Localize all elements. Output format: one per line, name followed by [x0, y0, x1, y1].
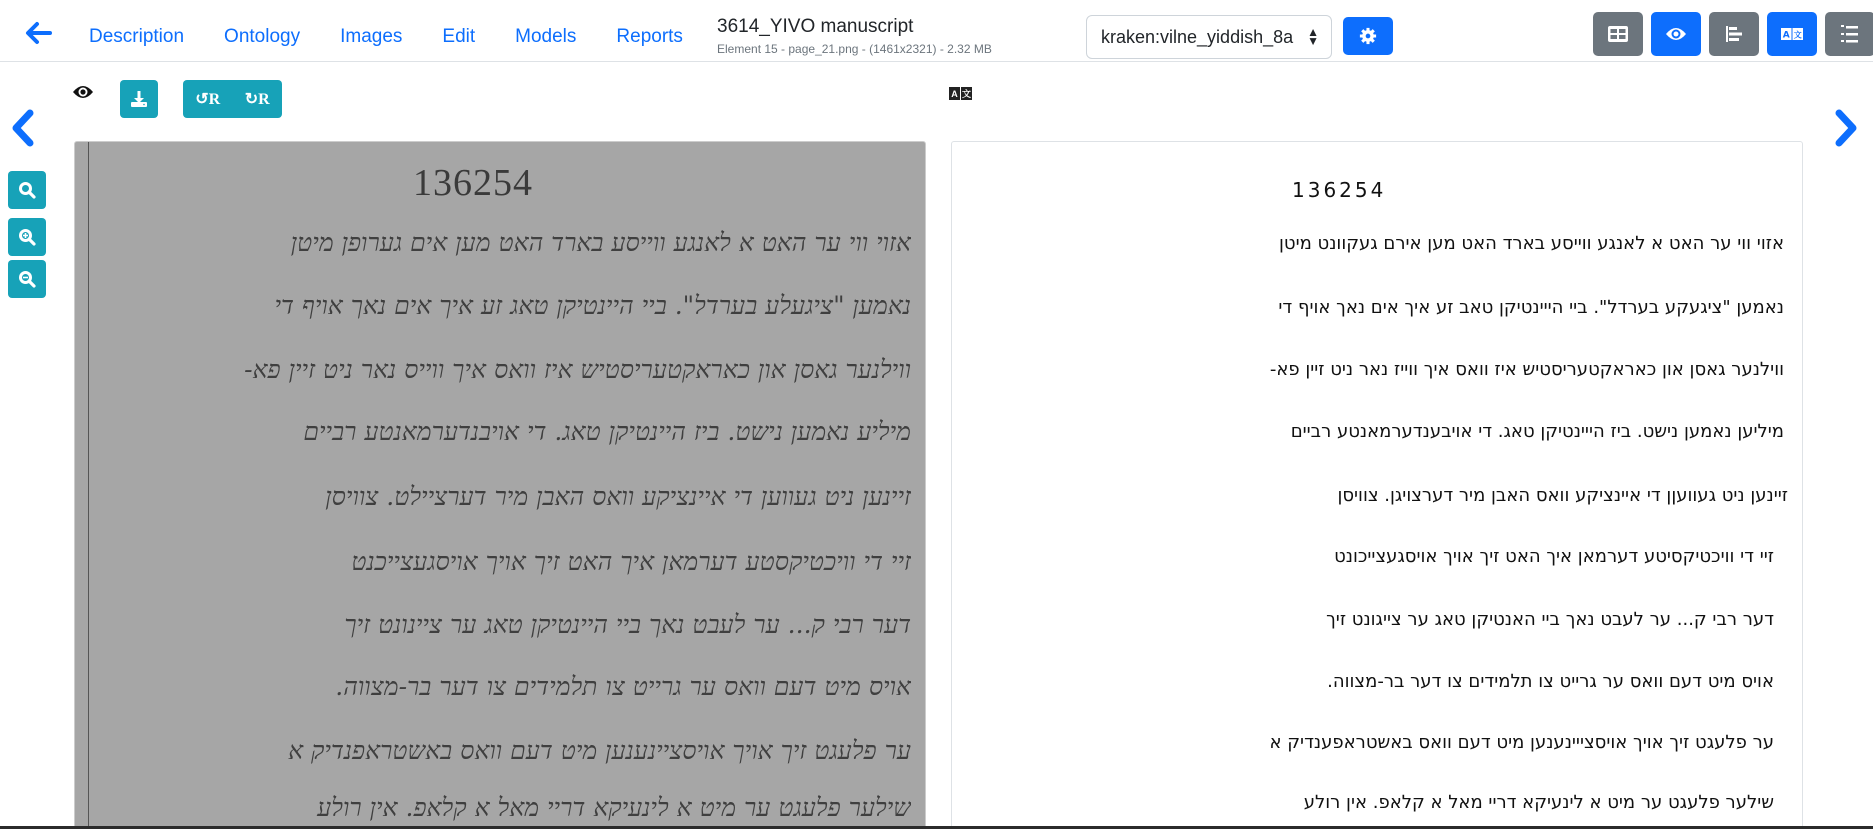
handwritten-line: אזוי ווי ער האט א לאנגע ווייסע בארד האט …: [95, 228, 911, 268]
zoom-out-icon: [18, 270, 36, 288]
document-title: 3614_YIVO manuscript: [717, 16, 913, 38]
arrow-left-icon[interactable]: [24, 20, 52, 46]
model-select[interactable]: kraken:vilne_yiddish_8a ▲▼: [1086, 15, 1332, 59]
list-ol-icon: [1841, 24, 1859, 44]
transcription-line[interactable]: ווילנער גאסן און כאראקטעריסטיש איז וואס …: [1270, 359, 1784, 380]
nav-images[interactable]: Images: [340, 26, 402, 48]
translate-icon: A: [949, 87, 960, 100]
settings-button[interactable]: [1343, 17, 1393, 55]
gear-icon: [1359, 27, 1377, 45]
eye-icon: [1665, 26, 1687, 42]
grid-icon: [1608, 26, 1628, 42]
rotate-left-button[interactable]: ↺R: [183, 80, 233, 118]
handwritten-line: נאמען "ציגעלע בערדל". ביי היינטיקן טאג ז…: [95, 291, 911, 331]
handwritten-line: זיינען ניט געווען די איינציקע וואס האבן …: [95, 482, 911, 522]
transcription-line[interactable]: אויס מיט דעם וואס ער גרייט צו תלמידים צו…: [1327, 671, 1774, 692]
nav-reports[interactable]: Reports: [616, 26, 683, 48]
eye-icon: [72, 84, 94, 100]
align-left-icon: [1725, 25, 1743, 43]
model-select-value: kraken:vilne_yiddish_8a: [1101, 27, 1293, 47]
nav-ontology[interactable]: Ontology: [224, 26, 300, 48]
handwritten-line: אויס מיט דעם וואס ער גרייט צו תלמידים צו…: [95, 672, 911, 712]
zoom-out-button[interactable]: [8, 260, 46, 298]
translation-view-button[interactable]: A 文: [1767, 12, 1817, 56]
handwritten-line: ער פלעגט זיך אויך אויסציינענען מיט דעם ו…: [95, 736, 911, 776]
transcription-panel: 136254 אזוי ווי ער האט א לאנגע ווייסע בא…: [951, 141, 1803, 829]
nav-edit[interactable]: Edit: [442, 26, 475, 48]
nav-models[interactable]: Models: [515, 26, 576, 48]
next-page-chevron-icon[interactable]: [1833, 108, 1859, 148]
zoom-tools: [8, 171, 46, 302]
manuscript-image-viewer[interactable]: 136254 אזוי ווי ער האט א לאנגע ווייסע בא…: [74, 141, 926, 829]
search-icon: [18, 181, 36, 199]
transcription-line[interactable]: שילער פלעגט ער מיט א לינעיקא דריי מאל א …: [1304, 792, 1774, 813]
transcription-line[interactable]: זיינען ניט געוועןן די איינציקע וואס האבן…: [1337, 485, 1788, 506]
margin-line: [88, 142, 89, 828]
handwritten-line: דער רבי ק... ער לעבט נאך ביי היינטיקן טא…: [95, 610, 911, 650]
main-nav: Description Ontology Images Edit Models …: [89, 26, 723, 48]
zoom-in-icon: [18, 228, 36, 246]
rotate-right-button[interactable]: ↻R: [233, 80, 283, 118]
transcription-number[interactable]: 136254: [1292, 178, 1386, 202]
select-arrows-icon: ▲▼: [1307, 28, 1319, 46]
previous-page-chevron-icon[interactable]: [10, 108, 36, 148]
handwritten-line: זיי די וויכטיקסטע דערמאן איך האט זיך אוי…: [95, 547, 911, 587]
image-view-button[interactable]: [1651, 12, 1701, 56]
layout-grid-button[interactable]: [1593, 12, 1643, 56]
zoom-in-button[interactable]: [8, 218, 46, 256]
zoom-fit-button[interactable]: [8, 171, 46, 209]
handwritten-line: שילער פלעגט ער מיט א לינעיקא דריי מאל א …: [95, 793, 911, 829]
download-button[interactable]: [120, 80, 158, 118]
rotate-button-group: ↺R ↻R: [183, 80, 282, 118]
transcription-line[interactable]: ער פלעגט זיך אויך אויסצייינענען מיט דעם …: [1270, 732, 1774, 753]
translate-icon-glyph: 文: [961, 87, 972, 100]
translate-toggle[interactable]: A文: [949, 87, 973, 100]
archive-stamp-number: 136254: [413, 161, 533, 205]
download-icon: [130, 90, 148, 108]
transcription-line[interactable]: נאמען "ציגעקע בערדל". ביי הייינטיקן טאב …: [1278, 297, 1784, 318]
svg-text:文: 文: [1794, 30, 1802, 40]
transcription-line[interactable]: אזוי ווי ער האט א לאנגע ווייסע בארד האט …: [1279, 233, 1784, 254]
top-navbar: Description Ontology Images Edit Models …: [0, 0, 1873, 62]
nav-description[interactable]: Description: [89, 26, 184, 48]
translate-icon: A 文: [1781, 28, 1803, 40]
transcription-line[interactable]: זיי די וויכטיקסיטע דערמאן איך האט זיך או…: [1334, 546, 1774, 567]
element-info: Element 15 - page_21.png - (1461x2321) -…: [717, 42, 992, 56]
handwritten-line: ווילנער גאסן און כאראקטעריסטיש איז וואס …: [95, 355, 911, 395]
handwritten-line: מיליע נאמען נישט. ביז היינטיקן טאג. די א…: [95, 417, 911, 457]
toggle-image-visibility[interactable]: [72, 84, 94, 105]
transcription-line[interactable]: דער רבי ק... ער לעבט נאך ביי האנטיקן טאג…: [1326, 609, 1774, 630]
view-mode-buttons: A 文: [1593, 12, 1873, 56]
text-view-button[interactable]: [1709, 12, 1759, 56]
transcription-line[interactable]: מיליען נאמען נישט. ביז הייינטיקן טאג. די…: [1291, 421, 1784, 442]
lines-view-button[interactable]: [1825, 12, 1873, 56]
svg-text:A: A: [1783, 31, 1790, 41]
